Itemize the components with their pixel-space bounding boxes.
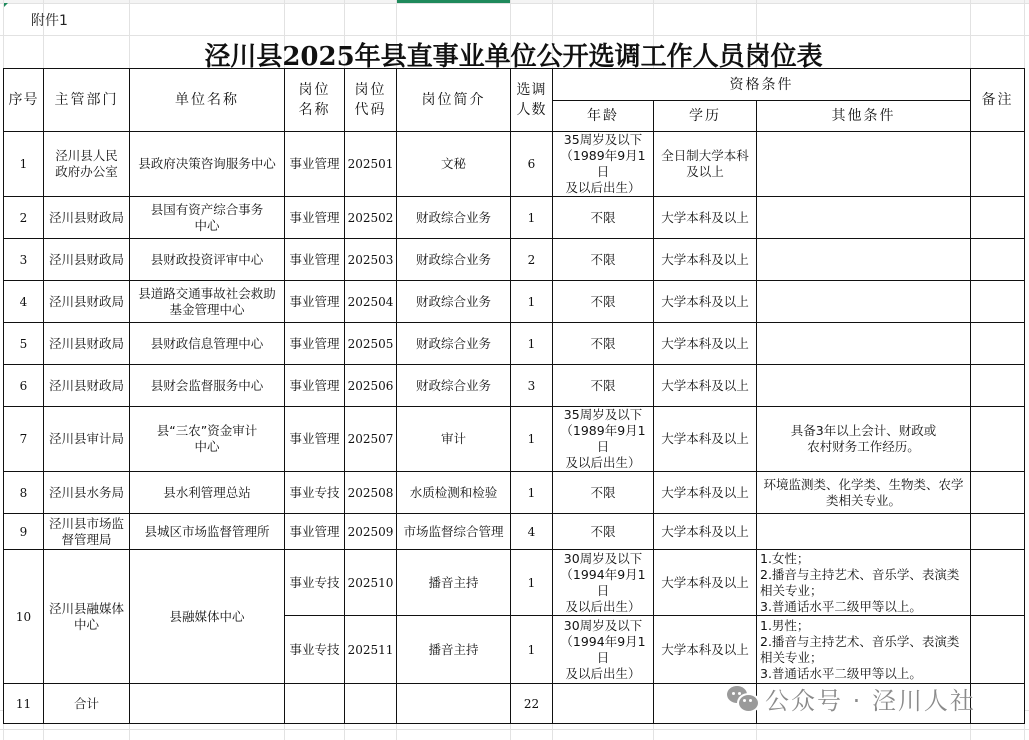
cell-post-desc[interactable]: 审计 — [397, 407, 511, 472]
cell-post-code[interactable]: 202506 — [345, 365, 397, 407]
cell-post-name[interactable]: 事业管理 — [285, 365, 345, 407]
cell-other[interactable]: 具备3年以上会计、财政或农村财务工作经历。 — [757, 407, 971, 472]
cell-count[interactable]: 1 — [511, 323, 553, 365]
cell-department[interactable]: 泾川县财政局 — [44, 197, 130, 239]
text-line: （1994年9月1日 — [555, 567, 651, 599]
cell-other[interactable] — [757, 281, 971, 323]
cell-remarks[interactable] — [971, 616, 1025, 684]
cell-seq[interactable]: 5 — [4, 323, 44, 365]
cell-post-code[interactable]: 202510 — [345, 550, 397, 616]
cell-department[interactable]: 泾川县融媒体中心 — [44, 550, 130, 684]
text-line: 及以后出生） — [555, 599, 651, 615]
cell-department[interactable]: 泾川县审计局 — [44, 407, 130, 472]
cell-count[interactable]: 1 — [511, 407, 553, 472]
cell-post-desc[interactable]: 市场监督综合管理 — [397, 514, 511, 550]
cell-age[interactable]: 不限 — [553, 472, 654, 514]
cell-post-name[interactable]: 事业专技 — [285, 472, 345, 514]
text-line: 及以后出生） — [555, 455, 651, 471]
text-line: 及以后出生） — [555, 180, 651, 196]
cell-education[interactable]: 大学本科及以上 — [654, 197, 757, 239]
cell-age[interactable]: 30周岁及以下（1994年9月1日及以后出生） — [553, 550, 654, 616]
text-line: 泾川县融媒体 — [46, 601, 127, 617]
cell-age[interactable]: 不限 — [553, 323, 654, 365]
cell-post-desc[interactable]: 财政综合业务 — [397, 323, 511, 365]
cell-post-name[interactable]: 事业管理 — [285, 281, 345, 323]
table-row: 9 泾川县市场监督管理局 县城区市场监督管理所 事业管理 202509 市场监督… — [4, 514, 1025, 550]
cell-post-desc[interactable]: 文秘 — [397, 132, 511, 197]
cell-empty[interactable] — [553, 684, 654, 724]
cell-department[interactable]: 泾川县财政局 — [44, 281, 130, 323]
text-line: 1.男性； — [760, 618, 968, 634]
cell-age[interactable]: 35周岁及以下（1989年9月1日及以后出生） — [553, 407, 654, 472]
cell-remarks[interactable] — [971, 323, 1025, 365]
text-line: 基金管理中心 — [132, 302, 282, 318]
header-post-name[interactable]: 岗位名称 — [285, 69, 345, 132]
cell-seq[interactable]: 7 — [4, 407, 44, 472]
cell-count[interactable]: 1 — [511, 550, 553, 616]
cell-post-desc[interactable]: 播音主持 — [397, 616, 511, 684]
text-line: 相关专业； — [760, 583, 968, 599]
cell-other[interactable] — [757, 323, 971, 365]
cell-post-desc[interactable]: 财政综合业务 — [397, 239, 511, 281]
cell-unit[interactable]: 县水利管理总站 — [130, 472, 285, 514]
text-line: （1994年9月1日 — [555, 634, 651, 666]
header-other[interactable]: 其他条件 — [757, 101, 971, 132]
header-remarks[interactable]: 备注 — [971, 69, 1025, 132]
text-line: 县国有资产综合事务 — [132, 202, 282, 218]
cell-department[interactable]: 泾川县市场监督管理局 — [44, 514, 130, 550]
cell-education[interactable]: 大学本科及以上 — [654, 616, 757, 684]
cell-education[interactable]: 大学本科及以上 — [654, 239, 757, 281]
text-line: 及以上 — [656, 164, 754, 180]
cell-seq[interactable]: 3 — [4, 239, 44, 281]
cell-post-code[interactable]: 202501 — [345, 132, 397, 197]
cell-remarks[interactable] — [971, 132, 1025, 197]
text-line: 及以后出生） — [555, 666, 651, 682]
cell-post-code[interactable]: 202502 — [345, 197, 397, 239]
cell-post-name[interactable]: 事业专技 — [285, 550, 345, 616]
text-line: 2.播音与主持艺术、音乐学、表演类 — [760, 567, 968, 583]
text-line: 泾川县市场监 — [46, 516, 127, 532]
table-row: 10 泾川县融媒体中心 县融媒体中心 事业专技 202510 播音主持 1 30… — [4, 550, 1025, 616]
cell-age[interactable]: 35周岁及以下（1989年9月1日及以后出生） — [553, 132, 654, 197]
text-line: 中心 — [46, 617, 127, 633]
header-count[interactable]: 选调人数 — [511, 69, 553, 132]
cell-remarks[interactable] — [971, 197, 1025, 239]
cell-count[interactable]: 1 — [511, 472, 553, 514]
table-row: 3 泾川县财政局 县财政投资评审中心 事业管理 202503 财政综合业务 2 … — [4, 239, 1025, 281]
cell-remarks[interactable] — [971, 281, 1025, 323]
cell-education[interactable]: 大学本科及以上 — [654, 407, 757, 472]
cell-post-code[interactable]: 202504 — [345, 281, 397, 323]
table-row: 7 泾川县审计局 县“三农”资金审计中心 事业管理 202507 审计 1 35… — [4, 407, 1025, 472]
cell-post-desc[interactable]: 水质检测和检验 — [397, 472, 511, 514]
grid-line — [0, 729, 1029, 730]
cell-seq[interactable]: 6 — [4, 365, 44, 407]
cell-seq[interactable]: 1 — [4, 132, 44, 197]
cell-remarks[interactable] — [971, 550, 1025, 616]
cell-department[interactable]: 泾川县财政局 — [44, 323, 130, 365]
cell-count[interactable]: 3 — [511, 365, 553, 407]
cell-post-code[interactable]: 202507 — [345, 407, 397, 472]
text-line: 1.女性； — [760, 551, 968, 567]
cell-remarks[interactable] — [971, 365, 1025, 407]
cell-other[interactable] — [757, 132, 971, 197]
cell-age[interactable]: 不限 — [553, 239, 654, 281]
cell-seq[interactable]: 9 — [4, 514, 44, 550]
cell-post-desc[interactable]: 财政综合业务 — [397, 365, 511, 407]
text-line: 环境监测类、化学类、生物类、农学 — [759, 477, 968, 493]
cell-remarks[interactable] — [971, 472, 1025, 514]
cell-count[interactable]: 1 — [511, 281, 553, 323]
cell-total-label[interactable]: 合计 — [44, 684, 130, 724]
cell-other[interactable] — [757, 197, 971, 239]
header-age[interactable]: 年龄 — [553, 101, 654, 132]
wechat-icon — [727, 684, 757, 712]
cell-unit[interactable]: 县财会监督服务中心 — [130, 365, 285, 407]
text-line: （1989年9月1日 — [555, 148, 651, 180]
text-line: （1989年9月1日 — [555, 423, 651, 455]
cell-post-name[interactable]: 事业管理 — [285, 239, 345, 281]
table-row: 5 泾川县财政局 县财政信息管理中心 事业管理 202505 财政综合业务 1 … — [4, 323, 1025, 365]
table-row: 4 泾川县财政局 县道路交通事故社会救助基金管理中心 事业管理 202504 财… — [4, 281, 1025, 323]
cell-department[interactable]: 泾川县财政局 — [44, 239, 130, 281]
cell-remarks[interactable] — [971, 514, 1025, 550]
cell-age[interactable]: 不限 — [553, 197, 654, 239]
cell-count[interactable]: 1 — [511, 616, 553, 684]
watermark-text: 公众号 · 泾川人社 — [765, 681, 976, 716]
cell-post-code[interactable]: 202505 — [345, 323, 397, 365]
cell-department[interactable]: 泾川县人民政府办公室 — [44, 132, 130, 197]
cell-other[interactable] — [757, 514, 971, 550]
column-header-bar — [0, 0, 1029, 4]
text-line: 30周岁及以下 — [555, 551, 651, 567]
header-post-code[interactable]: 岗位代码 — [345, 69, 397, 132]
cell-unit[interactable]: 县政府决策咨询服务中心 — [130, 132, 285, 197]
cell-post-desc[interactable]: 财政综合业务 — [397, 281, 511, 323]
cell-other[interactable]: 1.男性；2.播音与主持艺术、音乐学、表演类相关专业；3.普通话水平二级甲等以上… — [757, 616, 971, 684]
text-line: 中心 — [132, 439, 282, 455]
cell-department[interactable]: 泾川县财政局 — [44, 365, 130, 407]
cell-post-code[interactable]: 202509 — [345, 514, 397, 550]
header-qualifications[interactable]: 资格条件 — [553, 69, 971, 101]
cell-post-name[interactable]: 事业管理 — [285, 407, 345, 472]
cell-unit[interactable]: 县财政信息管理中心 — [130, 323, 285, 365]
cell-unit[interactable]: 县融媒体中心 — [130, 550, 285, 684]
text-line: 县“三农”资金审计 — [132, 423, 282, 439]
text-line: 督管理局 — [46, 532, 127, 548]
text-line: 35周岁及以下 — [555, 132, 651, 148]
cell-post-code[interactable]: 202503 — [345, 239, 397, 281]
cell-count[interactable]: 4 — [511, 514, 553, 550]
text-line: 中心 — [132, 218, 282, 234]
cell-post-name[interactable]: 事业管理 — [285, 197, 345, 239]
cell-empty[interactable] — [285, 684, 345, 724]
text-line: 具备3年以上会计、财政或 — [759, 423, 968, 439]
cell-post-name[interactable]: 事业管理 — [285, 323, 345, 365]
cell-education[interactable]: 大学本科及以上 — [654, 365, 757, 407]
attachment-label[interactable]: 附件1 — [31, 10, 68, 30]
table-row: 8 泾川县水务局 县水利管理总站 事业专技 202508 水质检测和检验 1 不… — [4, 472, 1025, 514]
cell-count[interactable]: 6 — [511, 132, 553, 197]
cell-education[interactable]: 大学本科及以上 — [654, 550, 757, 616]
cell-education[interactable]: 大学本科及以上 — [654, 472, 757, 514]
header-seq[interactable]: 序号 — [4, 69, 44, 132]
text-line: 3.普通话水平二级甲等以上。 — [760, 666, 968, 682]
table-row: 6 泾川县财政局 县财会监督服务中心 事业管理 202506 财政综合业务 3 … — [4, 365, 1025, 407]
cell-other[interactable]: 环境监测类、化学类、生物类、农学类相关专业。 — [757, 472, 971, 514]
cell-seq[interactable]: 8 — [4, 472, 44, 514]
cell-seq[interactable]: 4 — [4, 281, 44, 323]
text-line: 政府办公室 — [46, 164, 127, 180]
text-line: 类相关专业。 — [759, 493, 968, 509]
table-row: 1 泾川县人民政府办公室 县政府决策咨询服务中心 事业管理 202501 文秘 … — [4, 132, 1025, 197]
cell-remarks[interactable] — [971, 239, 1025, 281]
cell-unit[interactable]: 县“三农”资金审计中心 — [130, 407, 285, 472]
table-row: 2 泾川县财政局 县国有资产综合事务中心 事业管理 202502 财政综合业务 … — [4, 197, 1025, 239]
cell-post-code[interactable]: 202511 — [345, 616, 397, 684]
cell-unit[interactable]: 县城区市场监督管理所 — [130, 514, 285, 550]
cell-education[interactable]: 大学本科及以上 — [654, 323, 757, 365]
cell-post-desc[interactable]: 播音主持 — [397, 550, 511, 616]
cell-age[interactable]: 不限 — [553, 365, 654, 407]
cell-age[interactable]: 不限 — [553, 281, 654, 323]
cell-empty[interactable] — [345, 684, 397, 724]
text-line: 县道路交通事故社会救助 — [132, 286, 282, 302]
cell-post-desc[interactable]: 财政综合业务 — [397, 197, 511, 239]
cell-age[interactable]: 30周岁及以下（1994年9月1日及以后出生） — [553, 616, 654, 684]
cell-other[interactable] — [757, 239, 971, 281]
cell-seq[interactable]: 10 — [4, 550, 44, 684]
cell-education[interactable]: 大学本科及以上 — [654, 281, 757, 323]
cell-other[interactable]: 1.女性；2.播音与主持艺术、音乐学、表演类相关专业；3.普通话水平二级甲等以上… — [757, 550, 971, 616]
selected-column-indicator — [396, 0, 511, 3]
cell-unit[interactable]: 县财政投资评审中心 — [130, 239, 285, 281]
text-line: 全日制大学本科 — [656, 148, 754, 164]
cell-seq[interactable]: 11 — [4, 684, 44, 724]
cell-total-count[interactable]: 22 — [511, 684, 553, 724]
cell-empty[interactable] — [971, 684, 1025, 724]
text-line: 相关专业； — [760, 650, 968, 666]
cell-department[interactable]: 泾川县水务局 — [44, 472, 130, 514]
cell-education[interactable]: 全日制大学本科及以上 — [654, 132, 757, 197]
cell-count[interactable]: 1 — [511, 197, 553, 239]
cell-post-name[interactable]: 事业管理 — [285, 514, 345, 550]
position-table: 序号 主管部门 单位名称 岗位名称 岗位代码 岗位简介 选调人数 资格条件 备注… — [3, 68, 1025, 724]
text-line: 泾川县人民 — [46, 148, 127, 164]
cell-empty[interactable] — [130, 684, 285, 724]
header-education[interactable]: 学历 — [654, 101, 757, 132]
text-line: 农村财务工作经历。 — [759, 439, 968, 455]
header-department[interactable]: 主管部门 — [44, 69, 130, 132]
cell-remarks[interactable] — [971, 407, 1025, 472]
watermark: 公众号 · 泾川人社 — [727, 681, 976, 715]
cell-education[interactable]: 大学本科及以上 — [654, 514, 757, 550]
text-line: 35周岁及以下 — [555, 407, 651, 423]
cell-post-code[interactable]: 202508 — [345, 472, 397, 514]
cell-age[interactable]: 不限 — [553, 514, 654, 550]
text-line: 2.播音与主持艺术、音乐学、表演类 — [760, 634, 968, 650]
cell-unit[interactable]: 县道路交通事故社会救助基金管理中心 — [130, 281, 285, 323]
cell-post-name[interactable]: 事业专技 — [285, 616, 345, 684]
header-post-desc[interactable]: 岗位简介 — [397, 69, 511, 132]
text-line: 30周岁及以下 — [555, 618, 651, 634]
cell-seq[interactable]: 2 — [4, 197, 44, 239]
header-unit[interactable]: 单位名称 — [130, 69, 285, 132]
cell-unit[interactable]: 县国有资产综合事务中心 — [130, 197, 285, 239]
cell-other[interactable] — [757, 365, 971, 407]
cell-count[interactable]: 2 — [511, 239, 553, 281]
text-line: 3.普通话水平二级甲等以上。 — [760, 599, 968, 615]
cell-post-name[interactable]: 事业管理 — [285, 132, 345, 197]
cell-empty[interactable] — [397, 684, 511, 724]
